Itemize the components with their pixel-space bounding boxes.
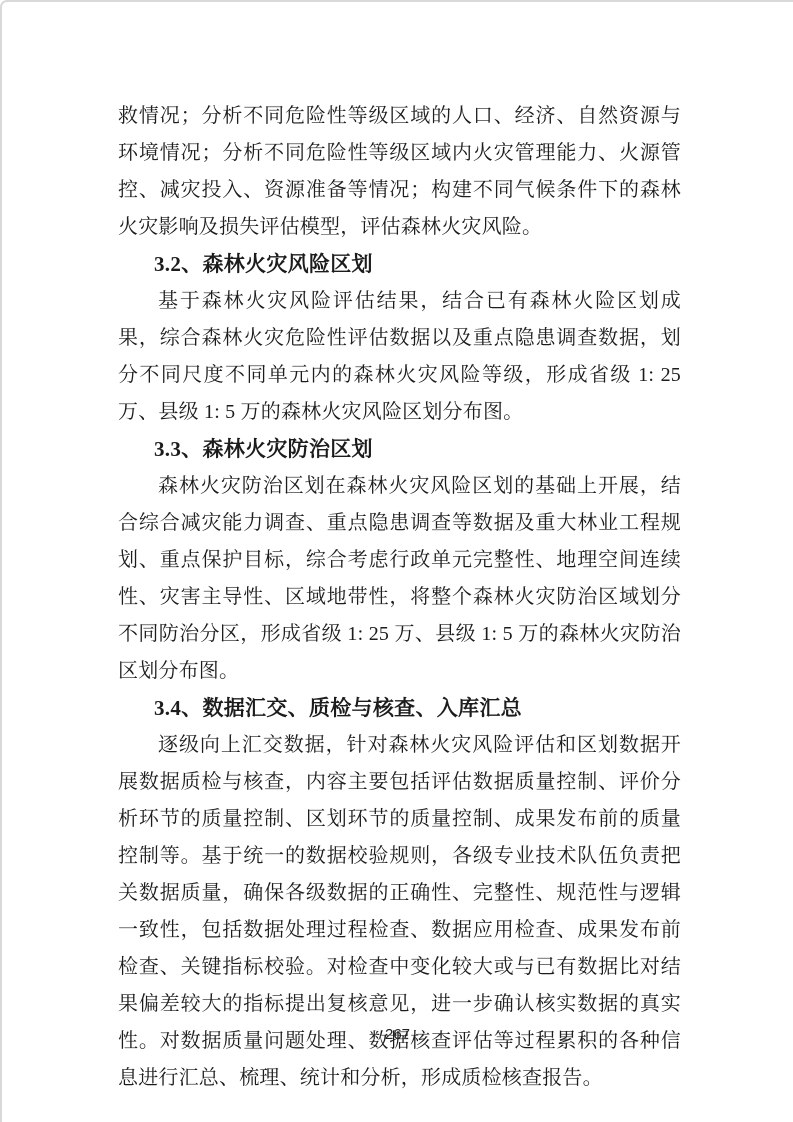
- page-number: 267: [2, 1026, 793, 1043]
- section-3-3-heading: 3.3、森林火灾防治区划: [118, 431, 681, 468]
- section-3-2-heading: 3.2、森林火灾风险区划: [118, 246, 681, 283]
- document-page: 救情况；分析不同危险性等级区域的人口、经济、自然资源与环境情况；分析不同危险性等…: [0, 0, 793, 1122]
- section-3-4-heading: 3.4、数据汇交、质检与核查、入库汇总: [118, 690, 681, 727]
- section-3-2-paragraph: 基于森林火灾风险评估结果，结合已有森林火险区划成果，综合森林火灾危险性评估数据以…: [118, 283, 681, 431]
- section-3-3-paragraph: 森林火灾防治区划在森林火灾风险区划的基础上开展，结合综合减灾能力调查、重点隐患调…: [118, 468, 681, 690]
- page-content: 救情况；分析不同危险性等级区域的人口、经济、自然资源与环境情况；分析不同危险性等…: [2, 2, 793, 1097]
- paragraph-continuation: 救情况；分析不同危险性等级区域的人口、经济、自然资源与环境情况；分析不同危险性等…: [118, 98, 681, 246]
